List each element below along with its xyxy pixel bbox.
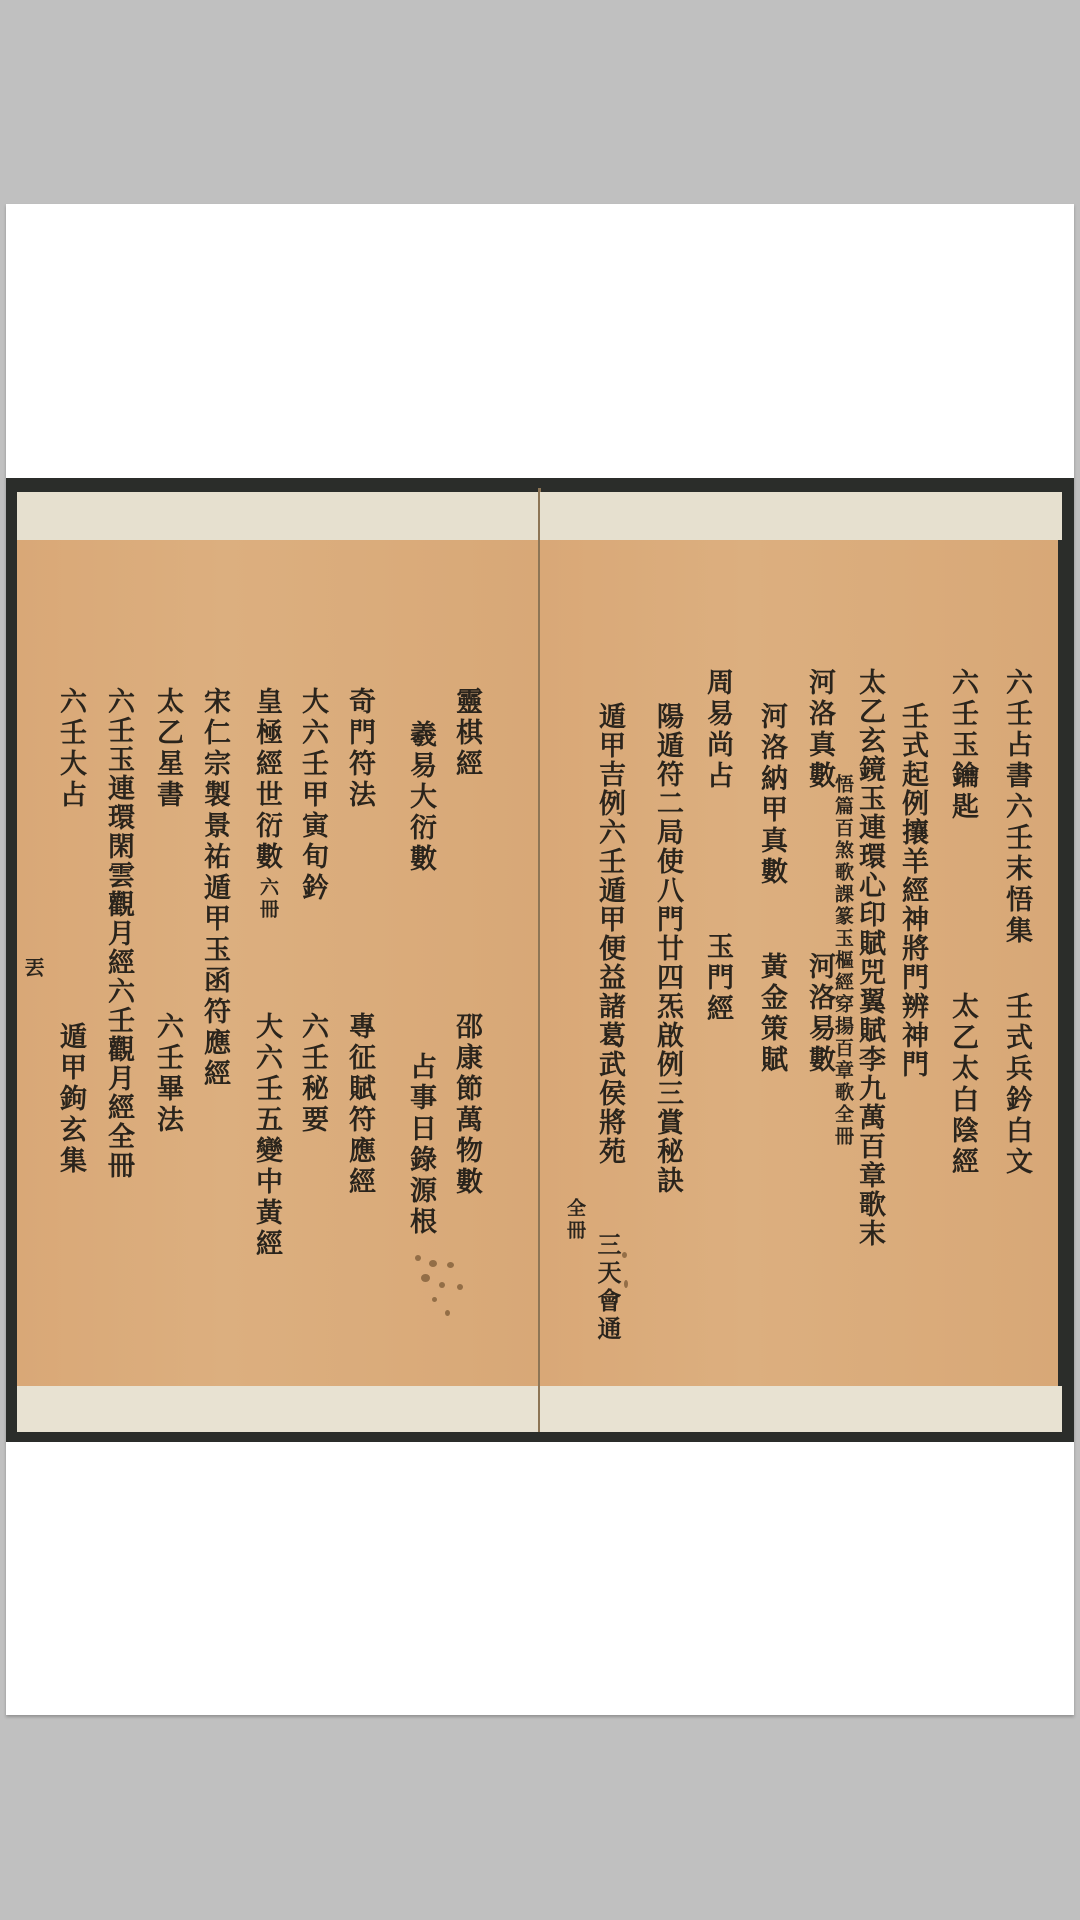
manuscript-column: 奇門符法 [342,687,376,811]
manuscript-column: 河洛納甲真數 [754,702,788,888]
bottom-margin-strip [17,1386,538,1432]
manuscript-inset-note: 全冊 [564,1198,586,1242]
manuscript-column: 壬式兵鈐白文 [999,992,1033,1178]
stain-spot [432,1297,437,1302]
manuscript-column: 大六壬甲寅旬鈐 [295,687,329,904]
top-margin-strip [540,492,1062,540]
manuscript-column: 陽遁符二局使八門廿四炁啟例三賞秘訣 [650,702,684,1195]
manuscript-column: 六壬大占 [53,687,87,811]
manuscript-column: 占事日錄源根 [403,1052,437,1238]
stain-spot [429,1260,437,1267]
manuscript-column: 周易尚占 [700,668,734,792]
stain-spot [457,1284,463,1290]
manuscript-column: 太乙玄鏡玉連環心印賦兕翼賦李九萬百章歌末 [852,668,886,1248]
right-page: 六壬占書六壬末悟集 壬式兵鈐白文 六壬玉鑰匙 太乙太白陰經 壬式起例攘羊經神將門… [540,492,1062,1432]
manuscript-column: 靈棋經 [449,687,483,780]
stain-spot [421,1274,430,1282]
manuscript-column: 六壬玉連環閑雲觀月經六壬觀月經全冊 [101,687,135,1180]
manuscript-column: 專征賦符應經 [342,1012,376,1198]
stain-spot [624,1280,628,1288]
manuscript-column: 三天會通 [592,1232,622,1344]
bottom-margin-strip [540,1386,1062,1432]
manuscript-column: 六壬畢法 [150,1012,184,1136]
manuscript-column: 壬式起例攘羊經神將門辨神門 [895,702,929,1079]
manuscript-column: 太乙星書 [150,687,184,811]
manuscript-column: 黃金策賦 [754,952,788,1076]
stain-spot [415,1255,421,1261]
margin-mark: 丟 [19,957,48,977]
manuscript-column: 六壬玉鑰匙 [945,668,979,823]
manuscript-inset-note: 六冊 [257,877,279,921]
stain-spot [439,1282,445,1288]
manuscript-column: 皇極經世衍數 [249,687,283,873]
manuscript-column: 六壬秘要 [295,1012,329,1136]
manuscript-column: 河洛真數 [802,668,836,792]
stain-spot [622,1252,627,1258]
manuscript-column: 太乙太白陰經 [945,992,979,1178]
manuscript-column: 遁甲鉤玄集 [53,1022,87,1177]
manuscript-column: 大六壬五變中黃經 [249,1012,283,1260]
manuscript-column: 河洛易數 [802,952,836,1076]
manuscript-column: 宋仁宗製景祐遁甲玉函符應經 [197,687,231,1090]
manuscript-column: 玉門經 [700,932,734,1025]
stain-spot [447,1262,454,1268]
manuscript-column: 邵康節萬物數 [449,1012,483,1198]
stain-spot [445,1310,450,1316]
top-margin-strip [17,492,538,540]
book-photograph: 靈棋經 邵康節萬物數 羲易大衍數 占事日錄源根 奇門符法 專征賦符應經 大六壬甲… [6,478,1074,1442]
manuscript-column: 六壬占書六壬末悟集 [999,668,1033,947]
manuscript-column: 遁甲吉例六壬遁甲便益諸葛武侯將苑 [592,702,626,1166]
manuscript-column: 羲易大衍數 [403,720,437,875]
left-page: 靈棋經 邵康節萬物數 羲易大衍數 占事日錄源根 奇門符法 專征賦符應經 大六壬甲… [17,492,538,1432]
